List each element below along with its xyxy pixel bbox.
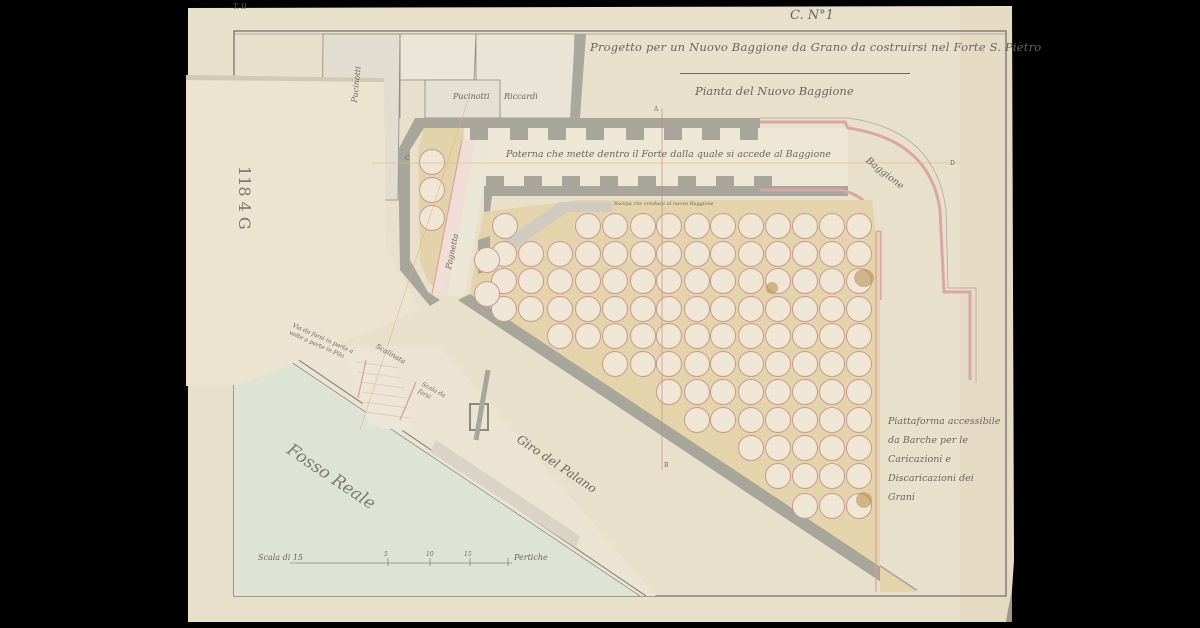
silo-pit-circle	[685, 297, 710, 322]
silo-pit-circle	[475, 248, 500, 273]
section-marker-c: C	[405, 155, 410, 162]
silo-pit-circle	[847, 242, 872, 267]
silo-pit-circle	[739, 436, 764, 461]
silo-pit-circle	[685, 324, 710, 349]
silo-pit-circle	[685, 352, 710, 377]
silo-pit-circle	[519, 269, 544, 294]
silo-pit-circle	[793, 494, 818, 519]
silo-pit-circle	[847, 324, 872, 349]
silo-pit-circle	[793, 464, 818, 489]
silo-pit-circle	[847, 464, 872, 489]
silo-pit-circle	[576, 214, 601, 239]
silo-pit-circle	[711, 242, 736, 267]
silo-pit-circle	[847, 214, 872, 239]
catalog-stamp: C. N°1	[790, 8, 834, 23]
silo-pit-circle	[820, 436, 845, 461]
silo-pit-circle	[847, 436, 872, 461]
silo-pit-circle	[711, 408, 736, 433]
scale-bar-label: Scala di 15	[258, 553, 303, 562]
silo-pit-circle	[685, 214, 710, 239]
silo-pit-circle	[657, 380, 682, 405]
silo-pit-circle	[766, 352, 791, 377]
silo-pit-circle	[739, 352, 764, 377]
silo-pit-circle	[657, 269, 682, 294]
silo-pit-circle	[685, 242, 710, 267]
silo-pit-circle	[820, 324, 845, 349]
silo-pit-circle	[847, 408, 872, 433]
silo-pit-circle	[631, 297, 656, 322]
silo-pit-circle	[631, 269, 656, 294]
silo-pit-circle	[711, 352, 736, 377]
scale-tick-2: 10	[426, 551, 434, 558]
silo-pit-circle	[847, 380, 872, 405]
neighbor-label-mid-2: Riccardi	[504, 92, 538, 101]
drawing-subtitle: Pianta del Nuovo Baggione	[695, 84, 854, 98]
silo-pit-circle	[766, 408, 791, 433]
silo-pit-circle	[766, 297, 791, 322]
silo-pit-circle	[820, 408, 845, 433]
silo-pit-circle	[576, 269, 601, 294]
silo-pit-circle	[820, 242, 845, 267]
silo-pit-circle	[820, 464, 845, 489]
silo-pit-circle	[576, 324, 601, 349]
silo-pit-circle	[793, 352, 818, 377]
ramp-label: Rampa che conduce al nuovo Baggione	[614, 201, 714, 207]
silo-pit-circle	[711, 380, 736, 405]
silo-pit-circle	[820, 380, 845, 405]
loading-note-line-1: Piattaforma accessibile	[888, 412, 1000, 431]
silo-pit-circle	[739, 408, 764, 433]
silo-pit-circle	[766, 464, 791, 489]
sheet-ref: T. II	[233, 3, 247, 11]
silo-pit-circle	[603, 269, 628, 294]
silo-pit-circle	[548, 269, 573, 294]
section-marker-d: D	[950, 160, 955, 167]
corridor-label: Poterna che mette dentro il Forte dalla …	[506, 149, 831, 160]
silo-pit-circle	[576, 297, 601, 322]
silo-pit-circle	[420, 178, 445, 203]
loading-note-line-5: Grani	[888, 488, 1000, 507]
silo-pit-circle	[711, 297, 736, 322]
silo-pit-circle	[847, 297, 872, 322]
silo-pit-circle	[711, 214, 736, 239]
silo-pit-circle	[475, 282, 500, 307]
silo-pit-circle	[603, 214, 628, 239]
silo-pit-circle	[603, 352, 628, 377]
archive-number: 118 4 G	[235, 166, 254, 230]
silo-pit-circle	[793, 242, 818, 267]
silo-pit-circle	[603, 297, 628, 322]
silo-pit-circle	[657, 297, 682, 322]
scale-tick-3: 15	[464, 551, 472, 558]
silo-pit-circle	[603, 324, 628, 349]
silo-pit-circle	[685, 380, 710, 405]
silo-pit-circle	[820, 214, 845, 239]
loading-platform-note: Piattaforma accessibile da Barche per le…	[888, 412, 1000, 507]
section-marker-a: A	[654, 106, 658, 113]
silo-pit-circle	[820, 269, 845, 294]
silo-pit-circle	[793, 297, 818, 322]
silo-pit-circle	[493, 214, 518, 239]
silo-pit-circle	[793, 214, 818, 239]
silo-pit-circle	[793, 408, 818, 433]
silo-pit-circle	[766, 436, 791, 461]
silo-pit-circle	[739, 269, 764, 294]
loading-note-line-4: Discaricazioni dei	[888, 469, 1000, 488]
silo-pit-circle	[766, 380, 791, 405]
silo-pit-circle	[793, 436, 818, 461]
silo-pit-circle	[685, 269, 710, 294]
silo-pit-circle	[739, 214, 764, 239]
silo-pit-circle	[766, 214, 791, 239]
loading-note-line-3: Caricazioni e	[888, 450, 1000, 469]
silo-pit-circle	[739, 324, 764, 349]
silo-pit-circle	[766, 324, 791, 349]
silo-pit-circle	[847, 352, 872, 377]
silo-pit-circle	[631, 324, 656, 349]
silo-pit-circle	[657, 352, 682, 377]
silo-pit-circle	[820, 352, 845, 377]
silo-pit-circle	[657, 324, 682, 349]
scale-unit: Pertiche	[514, 553, 548, 562]
silo-pit-circle	[793, 380, 818, 405]
silo-pit-circle	[548, 324, 573, 349]
silo-pit-circle	[820, 297, 845, 322]
silo-pit-circle	[793, 269, 818, 294]
silo-pit-circle	[739, 380, 764, 405]
silo-pit-circle	[711, 269, 736, 294]
silo-pit-circle	[631, 352, 656, 377]
architectural-plan	[0, 0, 1200, 628]
silo-pit-circle	[739, 242, 764, 267]
silo-pit-circle	[793, 324, 818, 349]
neighbor-label-mid-1: Pucinotti	[453, 92, 490, 101]
loading-note-line-2: da Barche per le	[888, 431, 1000, 450]
silo-pit-circle	[548, 297, 573, 322]
silo-pit-circle	[657, 214, 682, 239]
scale-tick-1: 5	[384, 551, 388, 558]
silo-pit-circle	[420, 150, 445, 175]
silo-pit-circle	[685, 408, 710, 433]
silo-pit-circle	[820, 494, 845, 519]
silo-pit-circle	[711, 324, 736, 349]
silo-pit-circle	[739, 297, 764, 322]
silo-pit-circle	[603, 242, 628, 267]
silo-pit-circle	[766, 242, 791, 267]
silo-pit-circle	[657, 242, 682, 267]
silo-pit-circle	[519, 242, 544, 267]
silo-pit-circle	[631, 242, 656, 267]
silo-pit-circle	[631, 214, 656, 239]
silo-pit-circle	[519, 297, 544, 322]
drawing-title: Progetto per un Nuovo Baggione da Grano …	[590, 40, 1041, 54]
silo-pit-circle	[548, 242, 573, 267]
silo-pit-circle	[576, 242, 601, 267]
title-rule	[680, 73, 910, 74]
section-marker-b: B	[664, 462, 668, 469]
